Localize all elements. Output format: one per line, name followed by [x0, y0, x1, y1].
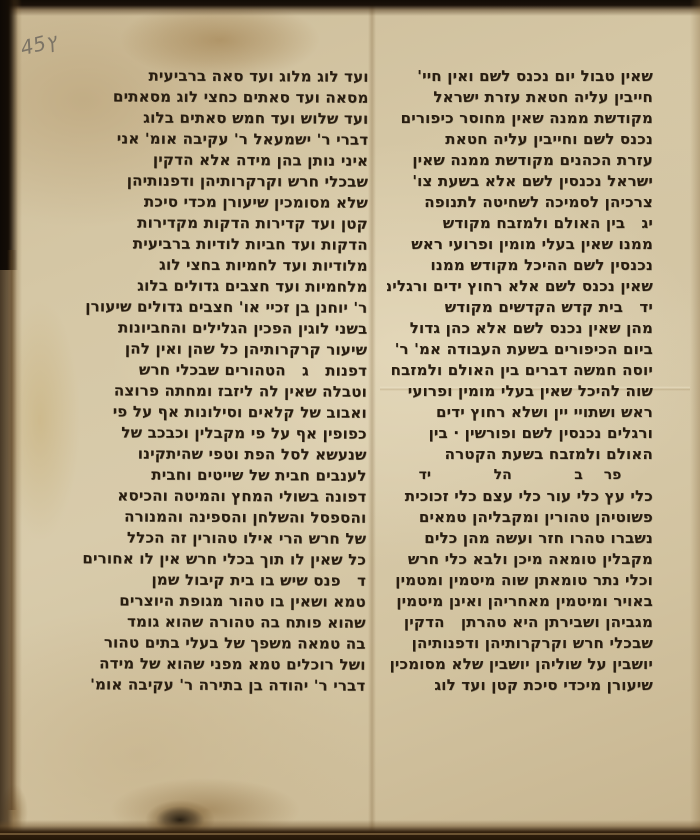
manuscript-line: יג בין האולם ולמזבח מקודש: [387, 213, 653, 234]
manuscript-line: דפנות ג הטהורים שבכלי חרש: [70, 359, 367, 382]
manuscript-line: ר' יוחנן בן זכיי או' חצבים גדולים שיעורן: [70, 296, 367, 319]
manuscript-line: וכלי נתר טומאתן שוה מיטמין ומטמין: [387, 570, 653, 591]
pencil-folio-mark: ץ45: [18, 24, 78, 75]
manuscript-line: ועד שלוש ועד חמש סאתים בלוג: [71, 107, 368, 130]
manuscript-line: חייבין עליה חטאת עזרת ישראל: [387, 87, 653, 108]
manuscript-line: מגביהן ושבירתן היא טהרתן הדקין: [387, 612, 653, 633]
manuscript-line: דברי ר' יהודה בן בתירה ר' עקיבה אומ': [68, 674, 365, 697]
page-edge-left-dark: [0, 0, 18, 270]
manuscript-line: דפונה בשולי המחץ והמיטה והכיסא: [69, 485, 366, 508]
manuscript-line: שאין טבול יום נכנס לשם ואין חיי': [387, 66, 653, 87]
manuscript-line: ועד לוג מלוג ועד סאה ברביעית: [72, 65, 369, 88]
manuscript-line: של חרש הרי אילו טהורין זה הכלל: [69, 527, 366, 550]
manuscript-line: ראש ושתויי יין ושלא רחוץ ידים: [387, 402, 653, 423]
manuscript-line: נשברו טהרו חזר ועשה מהן כלים: [387, 528, 653, 549]
text-column-right: שאין טבול יום נכנס לשם ואין חיי'חייבין ע…: [387, 66, 653, 716]
manuscript-line: ורגלים נכנסין לשם ופורשין · בין: [387, 423, 653, 444]
right-column-lower-lines: כלי עץ כלי עור כלי עצם כלי זכוכיתפשוטיהן…: [387, 486, 653, 696]
manuscript-line: יד בית קדש הקדשים מקודש: [387, 297, 653, 318]
manuscript-line: באויר ומיטמין מאחריהן ואינן מיטמין: [387, 591, 653, 612]
manuscript-line: שבכלי חרש וקרקרותיהן ודפנותיהן: [71, 170, 368, 193]
right-column-upper-lines: שאין טבול יום נכנס לשם ואין חיי'חייבין ע…: [387, 66, 653, 465]
manuscript-line: מסאה ועד סאתים כחצי לוג מסאתים: [71, 86, 368, 109]
page-edge-right: [690, 0, 700, 840]
manuscript-line: צרכיהן לסמיכה לשחיטה לתנופה: [387, 192, 653, 213]
manuscript-line: מהן שאין נכנס לשם אלא כהן גדול: [387, 318, 653, 339]
binding-crease-left: [7, 250, 17, 810]
manuscript-line: עזרת הכהנים מקודשת ממנה שאין: [387, 150, 653, 171]
manuscript-line: ביום הכיפורים בשעת העבודה אמ' ר': [387, 339, 653, 360]
manuscript-line: בה טמאה משפך של בעלי בתים טהור: [69, 632, 366, 655]
manuscript-line: וטבלה שאין לה ליזבז ומחתה פרוצה: [70, 380, 367, 403]
manuscript-line: מקבלין טומאה מיכן ולבא כלי חרש: [387, 549, 653, 570]
manuscript-line: יושבין על שוליהן יושבין שלא מסומכין: [387, 654, 653, 675]
manuscript-line: שוה להיכל שאין בעלי מומין ופרועי: [387, 381, 653, 402]
manuscript-line: קטן ועד קדירות הדקות מקדירות: [71, 212, 368, 235]
manuscript-line: שלא מסומכין שיעורן מכדי סיכת: [71, 191, 368, 214]
manuscript-line: שנעשא לסל הפת וטפי שהיתקינו: [70, 443, 367, 466]
manuscript-line: שהוא פותח בה טהורה שהוא גומד: [69, 611, 366, 634]
manuscript-line: ואבוב של קלאים וסילונות אף על פי: [70, 401, 367, 424]
manuscript-line: והספסל והשלחן והספינה והמנורה: [69, 506, 366, 529]
manuscript-line: לענבים חבית של שייטים וחבית: [70, 464, 367, 487]
manuscript-line: יוסה חמשה דברים בין האולם ולמזבח: [387, 360, 653, 381]
manuscript-line: טמא ושאין בו טהור מגופת היוצרים: [69, 590, 366, 613]
manuscript-line: מקודשת ממנה שאין מחוסר כיפורים: [387, 108, 653, 129]
manuscript-line: כלי עץ כלי עור כלי עצם כלי זכוכית: [387, 486, 653, 507]
left-column-lines: ועד לוג מלוג ועד סאה ברביעיתמסאה ועד סאת…: [68, 65, 368, 697]
manuscript-line: שבכלי חרש וקרקרותיהן ודפנותיהן: [387, 633, 653, 654]
page-edge-bottom-line: [0, 833, 700, 835]
manuscript-line: כפופין אף על פי מקבלין וכבכב של: [70, 422, 367, 445]
manuscript-line: ד פנס שיש בו בית קיבול שמן: [69, 569, 366, 592]
text-column-left: ועד לוג מלוג ועד סאה ברביעיתמסאה ועד סאת…: [68, 65, 368, 717]
manuscript-line: דברי ר' ישמעאל ר' עקיבה אומ' אני: [71, 128, 368, 151]
chapter-heading: פר ב הל יד: [387, 465, 653, 486]
manuscript-line: ממנו שאין בעלי מומין ופרועי ראש: [387, 234, 653, 255]
page-edge-top: [0, 0, 700, 16]
manuscript-line: שיעור קרקרותיהן כל שהן ואין להן: [70, 338, 367, 361]
manuscript-line: ישראל נכנסין לשם אלא בשעת צו': [387, 171, 653, 192]
center-fold-crease: [368, 0, 376, 840]
manuscript-page: ץ45 שאין טבול יום נכנס לשם ואין חיי'חייב…: [0, 0, 700, 840]
manuscript-line: פשוטיהן טהורין ומקבליהן טמאים: [387, 507, 653, 528]
manuscript-line: בשני לוגין הפכין הגלילים והחביונות: [70, 317, 367, 340]
manuscript-line: נכנסין לשם ההיכל מקודש ממנו: [387, 255, 653, 276]
manuscript-line: שאין נכנס לשם אלא רחוץ ידים ורגלים: [387, 276, 653, 297]
manuscript-line: הדקות ועד חביות לודיות ברביעית: [71, 233, 368, 256]
manuscript-line: נכנס לשם וחייבין עליה חטאת: [387, 129, 653, 150]
manuscript-line: האולם ולמזבח בשעת הקטרה: [387, 444, 653, 465]
page-edge-bottom: [0, 820, 700, 840]
manuscript-line: מלחמיות ועד חצבים גדולים בלוג: [70, 275, 367, 298]
manuscript-line: שיעורן מיכדי סיכת קטן ועד לוג: [387, 675, 653, 696]
manuscript-line: איני נותן בהן מידה אלא הדקין: [71, 149, 368, 172]
manuscript-line: כל שאין לו תוך בכלי חרש אין לו אחורים: [69, 548, 366, 571]
manuscript-line: מלודיות ועד לחמיות בחצי לוג: [71, 254, 368, 277]
manuscript-line: ושל רוכלים טמא מפני שהוא של מידה: [69, 653, 366, 676]
